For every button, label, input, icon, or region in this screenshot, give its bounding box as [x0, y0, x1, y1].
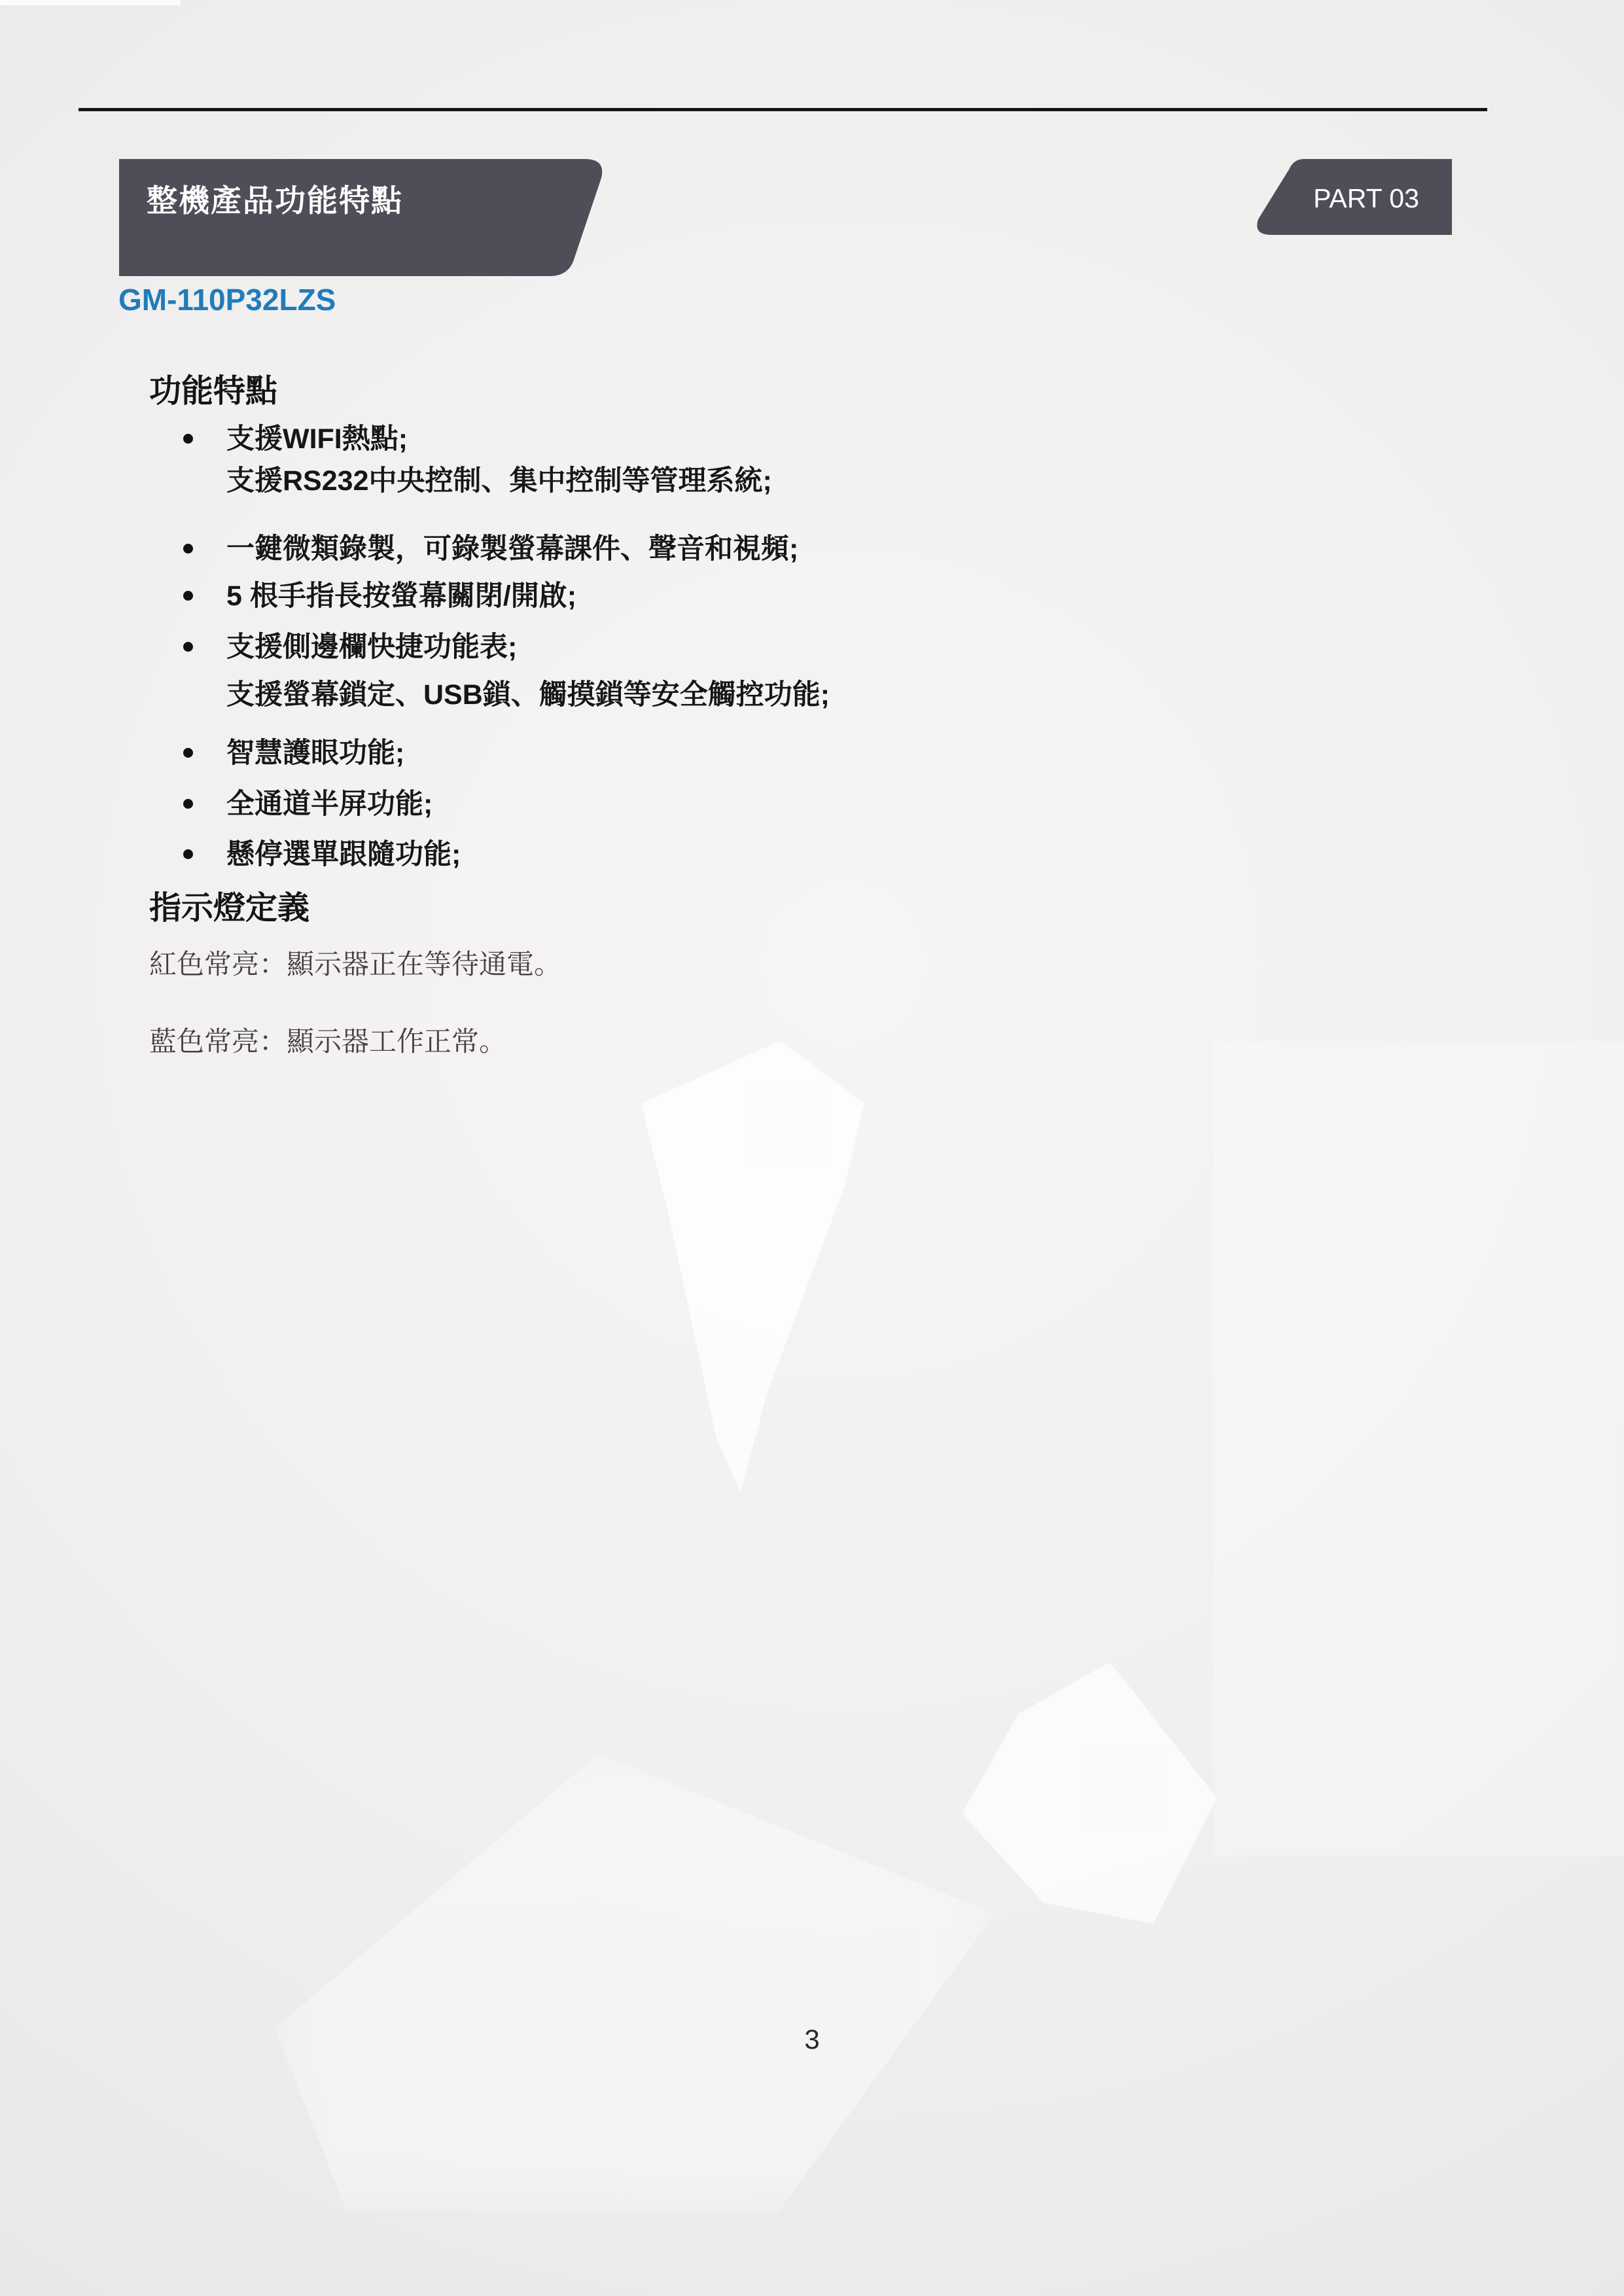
page-number: 3	[0, 2023, 1624, 2056]
section-title: 整機產品功能特點	[147, 183, 403, 219]
feature-bullet-item: 支援側邊欄快捷功能表;	[226, 631, 517, 665]
decorative-band	[1214, 1042, 1624, 1856]
part-label: PART 03	[1281, 183, 1451, 214]
feature-bullet-item: 支援WIFI熱點;	[226, 423, 408, 457]
indicator-heading: 指示燈定義	[149, 890, 309, 927]
feature-continuation-line: 支援RS232中央控制、集中控制等管理系統;	[226, 465, 772, 499]
feature-bullet-item: 一鍵微類錄製，可錄製螢幕課件、聲音和視頻;	[226, 533, 798, 567]
feature-bullet-item: 全通道半屏功能;	[226, 788, 432, 822]
indicator-definition-line: 藍色常亮：顯示器工作正常。	[149, 1026, 506, 1059]
feature-bullet-item: 5 根手指長按螢幕關閉/開啟;	[226, 580, 576, 614]
page-edge-sliver	[0, 0, 181, 5]
model-number: GM-110P32LZS	[118, 283, 336, 317]
feature-bullet-item: 智慧護眼功能;	[226, 737, 404, 771]
features-heading: 功能特點	[149, 373, 277, 410]
header-rule	[79, 108, 1487, 111]
document-page: 整機產品功能特點 PART 03 GM-110P32LZS 功能特點 支援WIF…	[0, 0, 1624, 2296]
feature-continuation-line: 支援螢幕鎖定、USB鎖、觸摸鎖等安全觸控功能;	[226, 679, 830, 713]
indicator-definition-line: 紅色常亮：顯示器正在等待通電。	[149, 949, 561, 981]
feature-bullet-item: 懸停選單跟隨功能;	[226, 838, 461, 872]
